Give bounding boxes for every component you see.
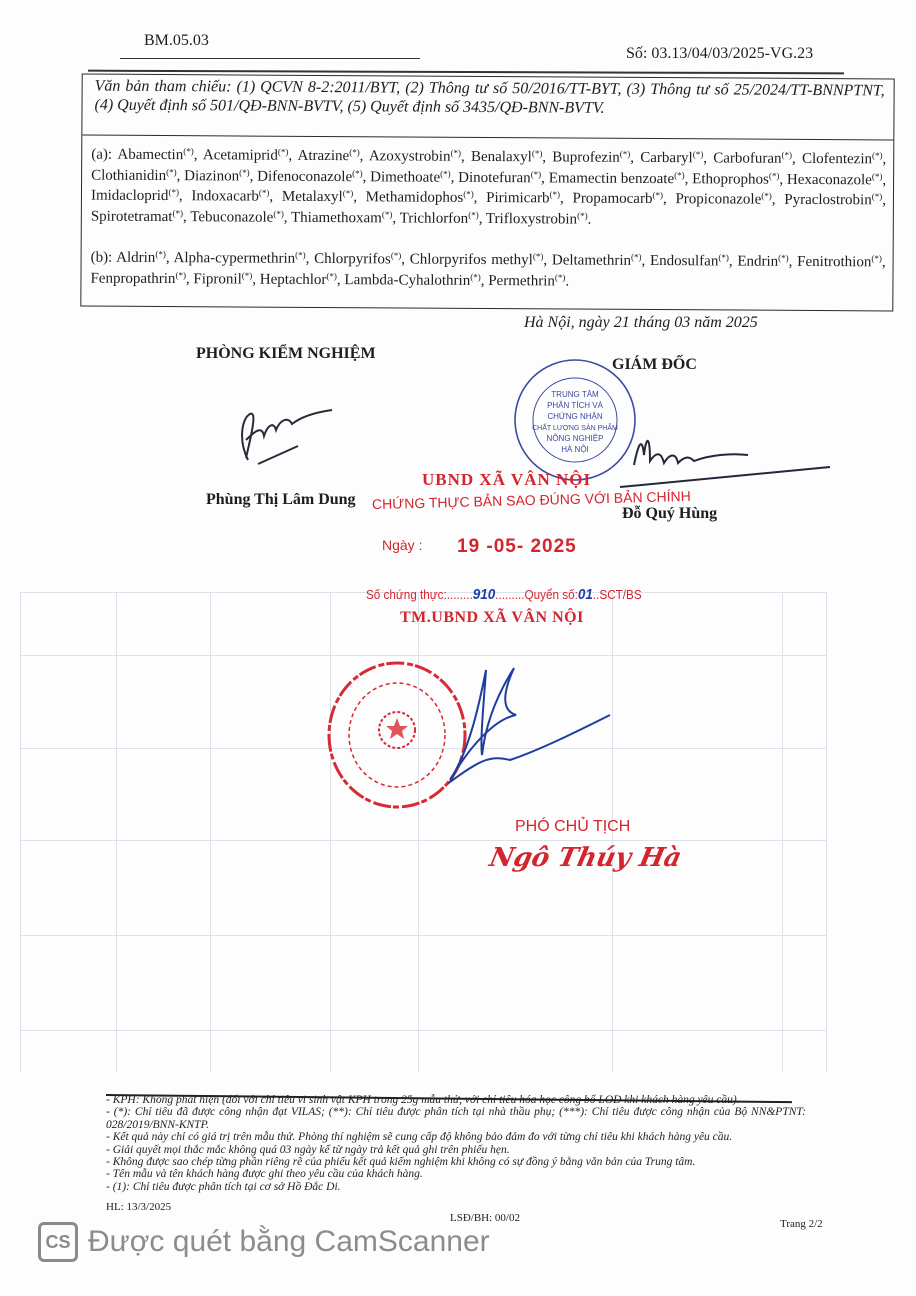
analyte-item: Indoxacarb(*) [191, 188, 269, 204]
certification-number-line: Số chứng thực:........910.........Quyển … [366, 586, 642, 603]
form-code: BM.05.03 [144, 32, 209, 50]
analyte-item: Benalaxyl(*) [471, 149, 542, 165]
analyte-item: Clothianidin(*) [91, 167, 177, 184]
footnote-item: - Kết quả này chỉ có giá trị trên mẫu th… [106, 1131, 806, 1143]
place-and-date: Hà Nội, ngày 21 tháng 03 năm 2025 [524, 314, 758, 332]
analyte-item: Tebuconazole(*) [190, 209, 284, 226]
page-number: Trang 2/2 [780, 1218, 823, 1230]
analyte-item: Trichlorfon(*) [400, 210, 479, 226]
lab-signer-name: Phùng Thị Lâm Dung [206, 491, 356, 509]
analyte-item: Fipronil(*) [193, 271, 252, 287]
cert-number-value: 910 [473, 586, 496, 603]
certification-date-label: Ngày : [382, 537, 422, 553]
analyte-item: Permethrin(*) [488, 273, 565, 289]
svg-text:CHỨNG NHẬN: CHỨNG NHẬN [547, 412, 603, 421]
analyte-item: Hexaconazole(*) [787, 171, 883, 188]
analyte-item: Aldrin(*) [116, 250, 166, 266]
svg-text:CHẤT LƯỢNG SẢN PHẨM: CHẤT LƯỢNG SẢN PHẨM [532, 422, 618, 432]
analyte-item: Pyraclostrobin(*) [784, 192, 882, 209]
analyte-item: Dinotefuran(*) [458, 169, 541, 186]
analyte-item: Fenitrothion(*) [797, 254, 882, 271]
analyte-item: Emamectin benzoate(*) [549, 170, 685, 187]
analyte-item: Abamectin(*) [117, 147, 193, 163]
footer-effective-date: HL: 13/3/2025 [106, 1201, 171, 1213]
analyte-item: Thiamethoxam(*) [291, 209, 392, 226]
signer-name: Ngô Thúy Hà [487, 843, 684, 873]
camscanner-logo-icon: CS [38, 1222, 78, 1262]
svg-text:HÀ NỘI: HÀ NỘI [561, 445, 589, 454]
certifying-authority: UBND XÃ VÂN NỘI [422, 470, 591, 490]
analyte-item: Propamocarb(*) [572, 191, 663, 208]
analyte-item: Endrin(*) [737, 254, 788, 270]
analyte-item: Atrazine(*) [297, 148, 359, 164]
director-signature [620, 425, 840, 490]
reference-documents: Văn bản tham chiếu: (1) QCVN 8-2:2011/BY… [94, 77, 884, 120]
lab-department-title: PHÒNG KIỂM NGHIỆM [196, 345, 376, 363]
analyte-item: Lambda-Cyhalothrin(*) [344, 272, 480, 289]
analyte-item: Fenpropathrin(*) [90, 270, 186, 287]
camscanner-text: Được quét bằng CamScanner [88, 1225, 490, 1259]
header-rule [120, 58, 420, 59]
analyte-item: Acetamiprid(*) [203, 147, 289, 164]
footnote-item: - Giải quyết mọi thắc mắc không quá 03 n… [106, 1144, 806, 1156]
book-suffix: SCT/BS [599, 587, 641, 602]
analyte-item: Azoxystrobin(*) [369, 148, 461, 165]
analyte-item: Carbaryl(*) [640, 150, 703, 166]
footnote-item: - Không được sao chép từng phần riêng rẽ… [106, 1156, 806, 1168]
reference-box: Văn bản tham chiếu: (1) QCVN 8-2:2011/BY… [80, 74, 894, 312]
analyte-item: Alpha-cypermethrin(*) [173, 250, 305, 267]
analyte-item: Deltamethrin(*) [552, 252, 642, 269]
footnotes: - KPH: Không phát hiện (đối với chỉ tiêu… [106, 1094, 806, 1193]
director-name: Đỗ Quý Hùng [622, 505, 717, 523]
book-value: 01 [578, 586, 593, 603]
analyte-item: Diazinon(*) [184, 168, 250, 184]
footnote-item: - KPH: Không phát hiện (đối với chỉ tiêu… [106, 1094, 806, 1106]
on-behalf-of: TM.UBND XÃ VÂN NỘI [400, 609, 584, 627]
analyte-item: Imidacloprid(*) [91, 188, 179, 205]
analyte-item: Chlorpyrifos(*) [314, 251, 401, 268]
analyte-list-b: (b): Aldrin(*), Alpha-cypermethrin(*), C… [90, 246, 885, 292]
analyte-item: Buprofezin(*) [552, 149, 630, 165]
vice-chairman-signature [420, 660, 620, 790]
analyte-item: Methamidophos(*) [366, 189, 474, 206]
analyte-item: Chlorpyrifos methyl(*) [410, 252, 544, 269]
camscanner-watermark: CS Được quét bằng CamScanner [38, 1222, 490, 1262]
book-label: Quyển số: [525, 587, 578, 602]
analyte-list-a: (a): Abamectin(*), Acetamiprid(*), Atraz… [91, 143, 886, 230]
header-divider [88, 70, 844, 74]
svg-text:NÔNG NGHIỆP: NÔNG NGHIỆP [547, 434, 604, 443]
footnote-item: - Tên mẫu và tên khách hàng được ghi the… [106, 1168, 806, 1180]
analyte-item: Trifloxystrobin(*) [486, 210, 588, 227]
document-number: Số: 03.13/04/03/2025-VG.23 [626, 45, 813, 63]
analyte-item: Propiconazole(*) [675, 191, 771, 208]
reference-separator [82, 135, 893, 141]
analyte-item: Carbofuran(*) [713, 150, 792, 166]
analyte-item: Spirotetramat(*) [91, 208, 183, 225]
signer-title: PHÓ CHỦ TỊCH [515, 818, 630, 836]
cert-number-label: Số chứng thực: [366, 587, 447, 602]
analyte-item: Clofentezin(*) [802, 151, 883, 167]
svg-text:PHÂN TÍCH VÀ: PHÂN TÍCH VÀ [547, 401, 604, 410]
lab-signature [228, 400, 338, 475]
certification-date: 19 -05- 2025 [457, 536, 577, 558]
analyte-item: Heptachlor(*) [260, 271, 337, 287]
analyte-item: Difenoconazole(*) [257, 168, 363, 185]
analyte-item: Pirimicarb(*) [486, 190, 560, 206]
svg-text:TRUNG TÂM: TRUNG TÂM [551, 390, 599, 399]
footnote-item: - (1): Chỉ tiêu được phân tích tại cơ sở… [106, 1181, 806, 1193]
analyte-item: Metalaxyl(*) [282, 189, 353, 205]
footnote-item: - (*): Chỉ tiêu đã được công nhận đạt VI… [106, 1106, 806, 1131]
analyte-item: Dimethoate(*) [370, 169, 451, 185]
analyte-item: Endosulfan(*) [650, 253, 729, 269]
analyte-item: Ethoprophos(*) [692, 171, 779, 188]
